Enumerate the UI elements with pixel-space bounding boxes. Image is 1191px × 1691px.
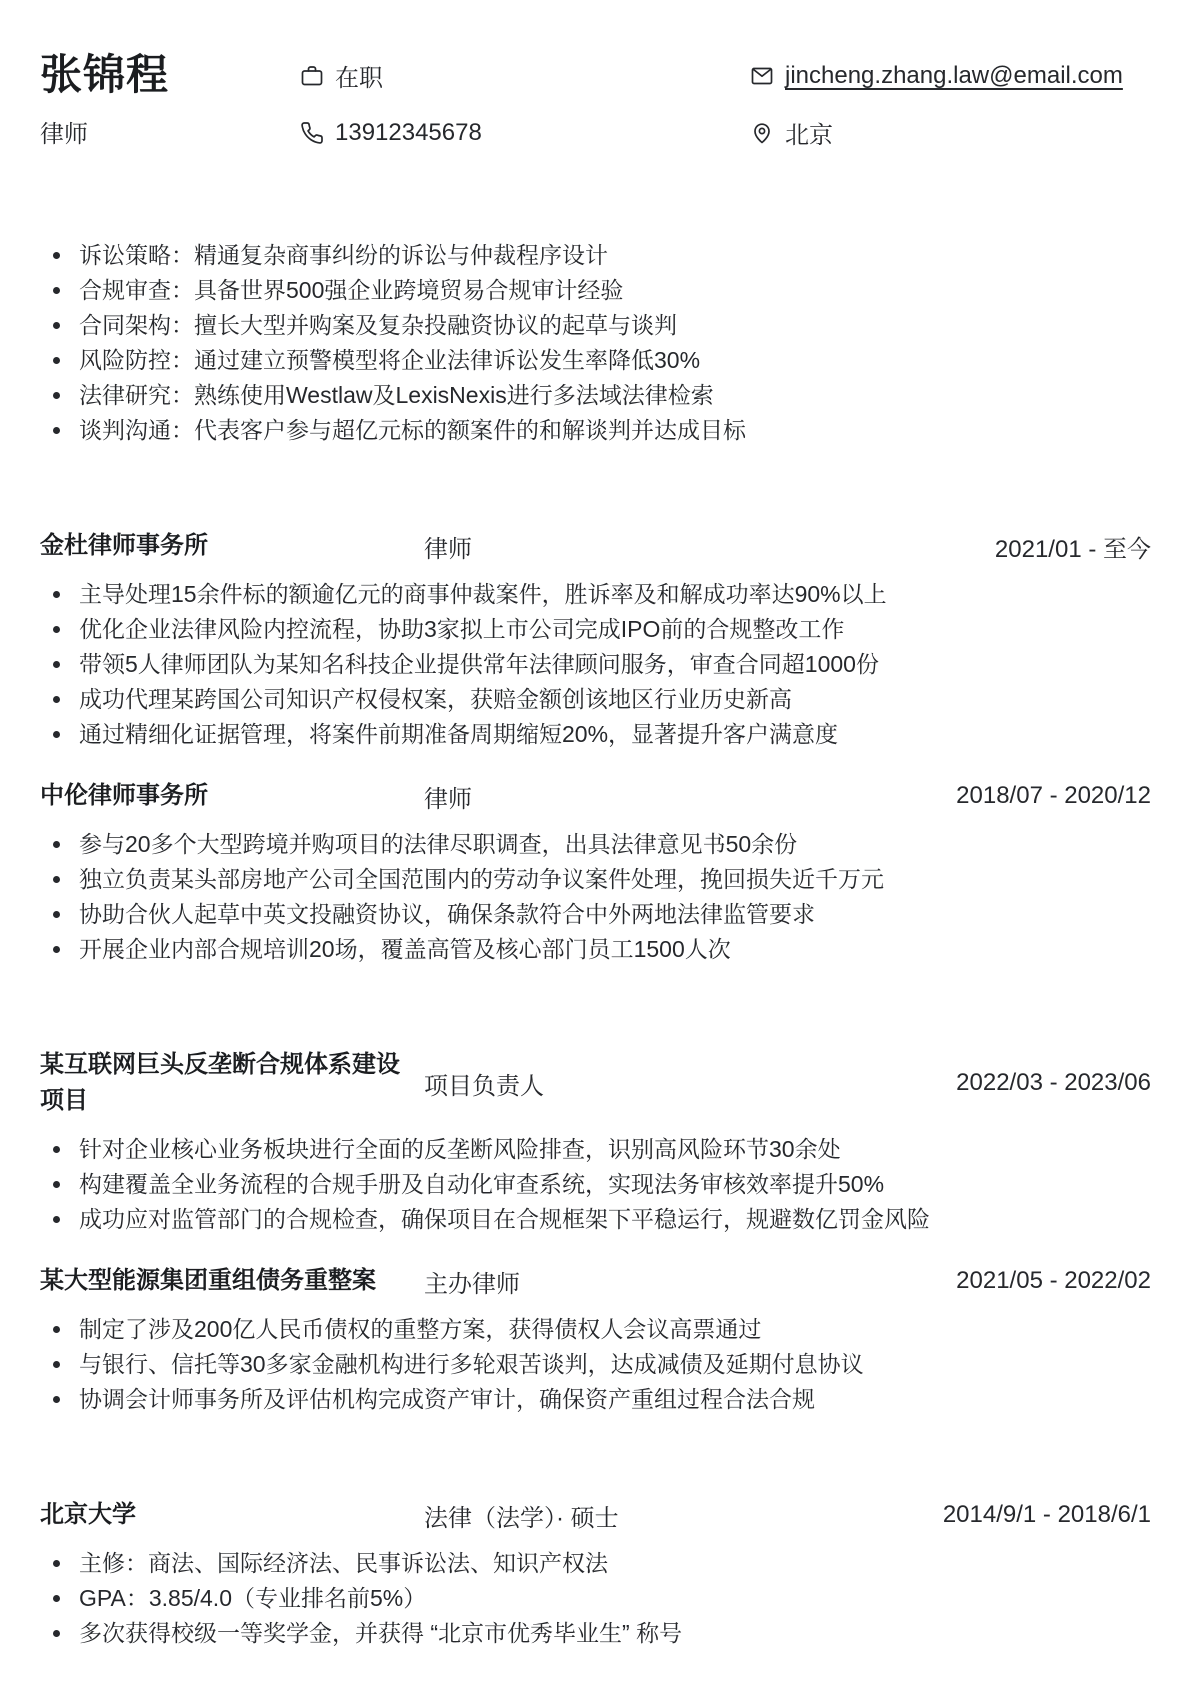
education-bullet: 主修：商法、国际经济法、民事诉讼法、知识产权法 (40, 1546, 1151, 1581)
date-range: 2021/05 - 2022/02 (956, 1267, 1151, 1295)
education-section: 北京大学 法律（法学）· 硕士 2014/9/1 - 2018/6/1 主修：商… (40, 1497, 1151, 1651)
experience-entry-head: 金杜律师事务所 律师 2021/01 - 至今 (40, 528, 1151, 564)
candidate-name: 张锦程 (40, 52, 300, 98)
location-pin-icon (750, 121, 774, 145)
summary-item: 诉讼策略：精通复杂商事纠纷的诉讼与仲裁程序设计 (40, 238, 1151, 273)
employment-status-label: 在职 (335, 58, 383, 93)
location-contact: 北京 (750, 115, 1151, 150)
contact-grid: 在职 jincheng.zhang.law@email.com 13912345… (300, 52, 1151, 150)
summary-list: 诉讼策略：精通复杂商事纠纷的诉讼与仲裁程序设计 合规审查：具备世界500强企业跨… (40, 238, 1151, 448)
phone-icon (300, 121, 324, 145)
experience-bullet: 开展企业内部合规培训20场，覆盖高管及核心部门员工1500人次 (40, 932, 1151, 967)
identity-block: 张锦程 律师 (40, 52, 300, 149)
experience-entry: 金杜律师事务所 律师 2021/01 - 至今 主导处理15余件标的额逾亿元的商… (40, 528, 1151, 752)
date-range: 2014/9/1 - 2018/6/1 (943, 1501, 1151, 1529)
experience-bullet: 协助合伙人起草中英文投融资协议，确保条款符合中外两地法律监管要求 (40, 897, 1151, 932)
project-entry: 某大型能源集团重组债务重整案 主办律师 2021/05 - 2022/02 制定… (40, 1263, 1151, 1417)
job-role: 律师 (410, 779, 956, 814)
experience-section: 金杜律师事务所 律师 2021/01 - 至今 主导处理15余件标的额逾亿元的商… (40, 528, 1151, 967)
summary-item: 合同架构：擅长大型并购案及复杂投融资协议的起草与谈判 (40, 308, 1151, 343)
experience-bullet: 优化企业法律风险内控流程，协助3家拟上市公司完成IPO前的合规整改工作 (40, 612, 1151, 647)
experience-entry: 中伦律师事务所 律师 2018/07 - 2020/12 参与20多个大型跨境并… (40, 778, 1151, 967)
date-range: 2018/07 - 2020/12 (956, 782, 1151, 810)
project-bullet: 针对企业核心业务板块进行全面的反垄断风险排查，识别高风险环节30余处 (40, 1132, 1151, 1167)
phone-number: 13912345678 (335, 119, 482, 147)
summary-item: 风险防控：通过建立预警模型将企业法律诉讼发生率降低30% (40, 343, 1151, 378)
education-entry-head: 北京大学 法律（法学）· 硕士 2014/9/1 - 2018/6/1 (40, 1497, 1151, 1533)
project-entry-head: 某大型能源集团重组债务重整案 主办律师 2021/05 - 2022/02 (40, 1263, 1151, 1299)
candidate-job-title: 律师 (40, 114, 300, 149)
project-bullet: 构建覆盖全业务流程的合规手册及自动化审查系统，实现法务审核效率提升50% (40, 1167, 1151, 1202)
education-entry: 北京大学 法律（法学）· 硕士 2014/9/1 - 2018/6/1 主修：商… (40, 1497, 1151, 1651)
resume-header: 张锦程 律师 在职 jincheng.zhang.law@email.com (40, 52, 1151, 150)
date-range: 2021/01 - 至今 (995, 529, 1151, 564)
experience-entry-head: 中伦律师事务所 律师 2018/07 - 2020/12 (40, 778, 1151, 814)
experience-bullet-list: 主导处理15余件标的额逾亿元的商事仲裁案件，胜诉率及和解成功率达90%以上 优化… (40, 577, 1151, 752)
education-bullet-list: 主修：商法、国际经济法、民事诉讼法、知识产权法 GPA：3.85/4.0（专业排… (40, 1546, 1151, 1651)
summary-item: 谈判沟通：代表客户参与超亿元标的额案件的和解谈判并达成目标 (40, 413, 1151, 448)
education-bullet: 多次获得校级一等奖学金，并获得 “北京市优秀毕业生” 称号 (40, 1616, 1151, 1651)
experience-bullet-list: 参与20多个大型跨境并购项目的法律尽职调查，出具法律意见书50余份 独立负责某头… (40, 827, 1151, 967)
project-name: 某大型能源集团重组债务重整案 (40, 1263, 410, 1299)
project-entry-head: 某互联网巨头反垄断合规体系建设项目 项目负责人 2022/03 - 2023/0… (40, 1047, 1151, 1119)
experience-bullet: 带领5人律师团队为某知名科技企业提供常年法律顾问服务，审查合同超1000份 (40, 647, 1151, 682)
location-label: 北京 (785, 115, 833, 150)
mail-icon (750, 64, 774, 88)
project-bullet: 与银行、信托等30多家金融机构进行多轮艰苦谈判，达成减债及延期付息协议 (40, 1347, 1151, 1382)
experience-bullet: 通过精细化证据管理，将案件前期准备周期缩短20%，显著提升客户满意度 (40, 717, 1151, 752)
project-bullet-list: 制定了涉及200亿人民币债权的重整方案，获得债权人会议高票通过 与银行、信托等3… (40, 1312, 1151, 1417)
summary-item: 法律研究：熟练使用Westlaw及LexisNexis进行多法域法律检索 (40, 378, 1151, 413)
project-bullet: 制定了涉及200亿人民币债权的重整方案，获得债权人会议高票通过 (40, 1312, 1151, 1347)
employment-status: 在职 (300, 58, 750, 93)
email-contact: jincheng.zhang.law@email.com (750, 62, 1151, 90)
briefcase-icon (300, 64, 324, 88)
degree-label: 法律（法学）· 硕士 (410, 1498, 943, 1533)
projects-section: 某互联网巨头反垄断合规体系建设项目 项目负责人 2022/03 - 2023/0… (40, 1047, 1151, 1417)
experience-bullet: 参与20多个大型跨境并购项目的法律尽职调查，出具法律意见书50余份 (40, 827, 1151, 862)
summary-section: 诉讼策略：精通复杂商事纠纷的诉讼与仲裁程序设计 合规审查：具备世界500强企业跨… (40, 238, 1151, 448)
job-role: 律师 (410, 529, 995, 564)
date-range: 2022/03 - 2023/06 (956, 1069, 1151, 1097)
summary-item: 合规审查：具备世界500强企业跨境贸易合规审计经验 (40, 273, 1151, 308)
experience-bullet: 主导处理15余件标的额逾亿元的商事仲裁案件，胜诉率及和解成功率达90%以上 (40, 577, 1151, 612)
experience-bullet: 独立负责某头部房地产公司全国范围内的劳动争议案件处理，挽回损失近千万元 (40, 862, 1151, 897)
experience-bullet: 成功代理某跨国公司知识产权侵权案，获赔金额创该地区行业历史新高 (40, 682, 1151, 717)
project-bullet: 协调会计师事务所及评估机构完成资产审计，确保资产重组过程合法合规 (40, 1382, 1151, 1417)
project-role: 项目负责人 (410, 1066, 956, 1101)
project-entry: 某互联网巨头反垄断合规体系建设项目 项目负责人 2022/03 - 2023/0… (40, 1047, 1151, 1237)
phone-contact: 13912345678 (300, 119, 750, 147)
project-role: 主办律师 (410, 1264, 956, 1299)
company-name: 金杜律师事务所 (40, 528, 410, 564)
project-name: 某互联网巨头反垄断合规体系建设项目 (40, 1047, 410, 1119)
company-name: 中伦律师事务所 (40, 778, 410, 814)
email-link[interactable]: jincheng.zhang.law@email.com (785, 62, 1123, 90)
project-bullet-list: 针对企业核心业务板块进行全面的反垄断风险排查，识别高风险环节30余处 构建覆盖全… (40, 1132, 1151, 1237)
resume-page: 张锦程 律师 在职 jincheng.zhang.law@email.com (0, 0, 1191, 1691)
education-bullet: GPA：3.85/4.0（专业排名前5%） (40, 1581, 1151, 1616)
project-bullet: 成功应对监管部门的合规检查，确保项目在合规框架下平稳运行，规避数亿罚金风险 (40, 1202, 1151, 1237)
school-name: 北京大学 (40, 1497, 410, 1533)
